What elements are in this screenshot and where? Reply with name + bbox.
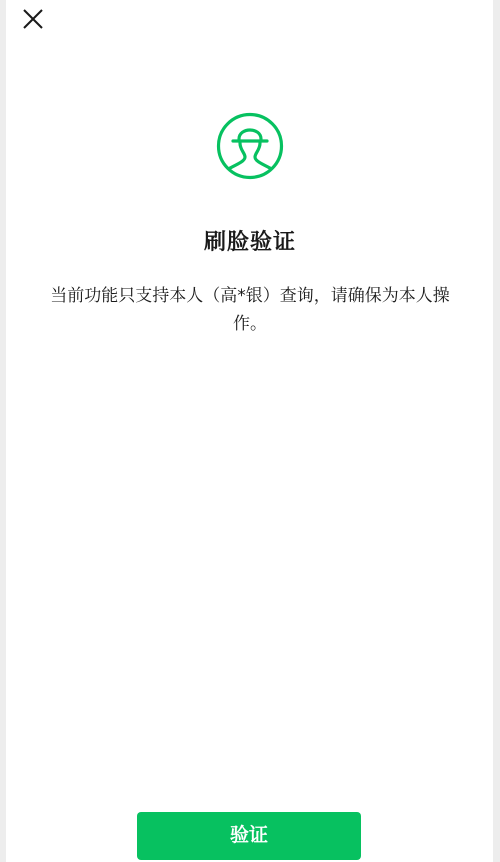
verify-button[interactable]: 验证 (137, 812, 361, 860)
page-title: 刷脸验证 (0, 225, 500, 256)
face-id-icon (216, 112, 284, 180)
verification-description: 当前功能只支持本人（高*银）查询，请确保为本人操作。 (40, 282, 460, 338)
close-button[interactable] (20, 6, 46, 32)
close-icon (20, 6, 46, 32)
